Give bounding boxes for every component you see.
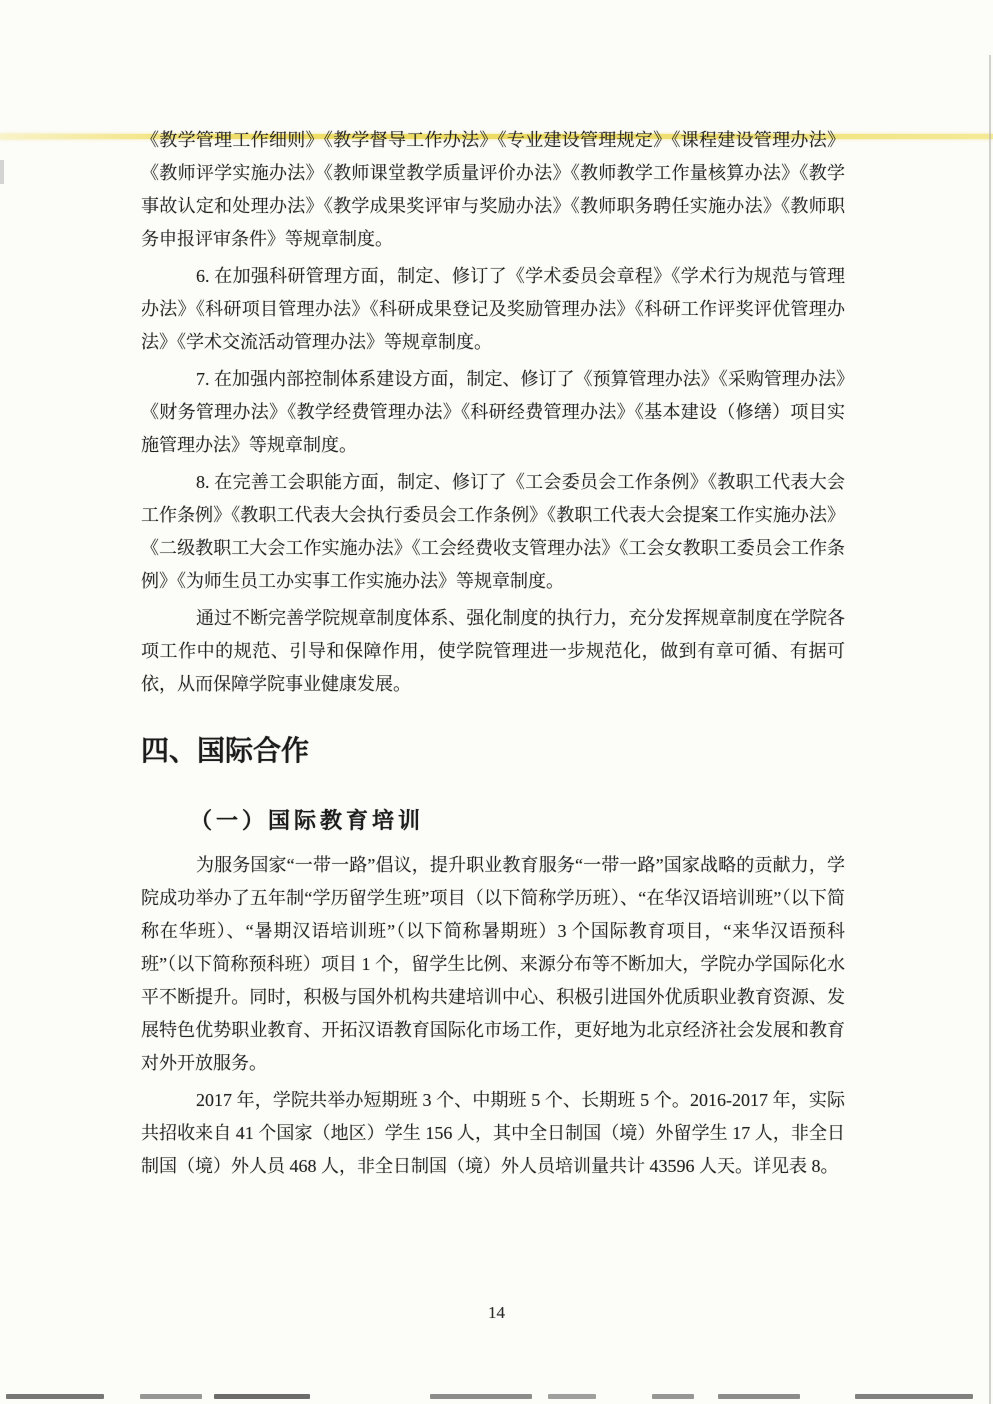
scan-bottom-artifacts bbox=[0, 1394, 993, 1404]
paragraph-summary: 通过不断完善学院规章制度体系、强化制度的执行力，充分发挥规章制度在学院各项工作中… bbox=[141, 602, 845, 701]
scan-edge-artifact bbox=[989, 55, 991, 1404]
paragraph-regulations-teaching: 《教学管理工作细则》《教学督导工作办法》《专业建设管理规定》《课程建设管理办法》… bbox=[141, 124, 845, 256]
paragraph-international-overview: 为服务国家“一带一路”倡议，提升职业教育服务“一带一路”国家战略的贡献力，学院成… bbox=[141, 849, 845, 1080]
subsection-heading-international-education: （一）国际教育培训 bbox=[190, 807, 845, 835]
document-body: 《教学管理工作细则》《教学督导工作办法》《专业建设管理规定》《课程建设管理办法》… bbox=[141, 124, 845, 1187]
paragraph-item7-internal-control: 7. 在加强内部控制体系建设方面，制定、修订了《预算管理办法》《采购管理办法》《… bbox=[141, 363, 845, 462]
document-page: 《教学管理工作细则》《教学督导工作办法》《专业建设管理规定》《课程建设管理办法》… bbox=[0, 0, 993, 1404]
paragraph-international-statistics: 2017 年，学院共举办短期班 3 个、中期班 5 个、长期班 5 个。2016… bbox=[141, 1084, 845, 1183]
section-heading-international-cooperation: 四、国际合作 bbox=[141, 733, 845, 769]
scan-mark-artifact bbox=[0, 160, 4, 184]
paragraph-item6-research: 6. 在加强科研管理方面，制定、修订了《学术委员会章程》《学术行为规范与管理办法… bbox=[141, 260, 845, 359]
page-number: 14 bbox=[0, 1303, 993, 1323]
paragraph-item8-union: 8. 在完善工会职能方面，制定、修订了《工会委员会工作条例》《教职工代表大会工作… bbox=[141, 466, 845, 598]
